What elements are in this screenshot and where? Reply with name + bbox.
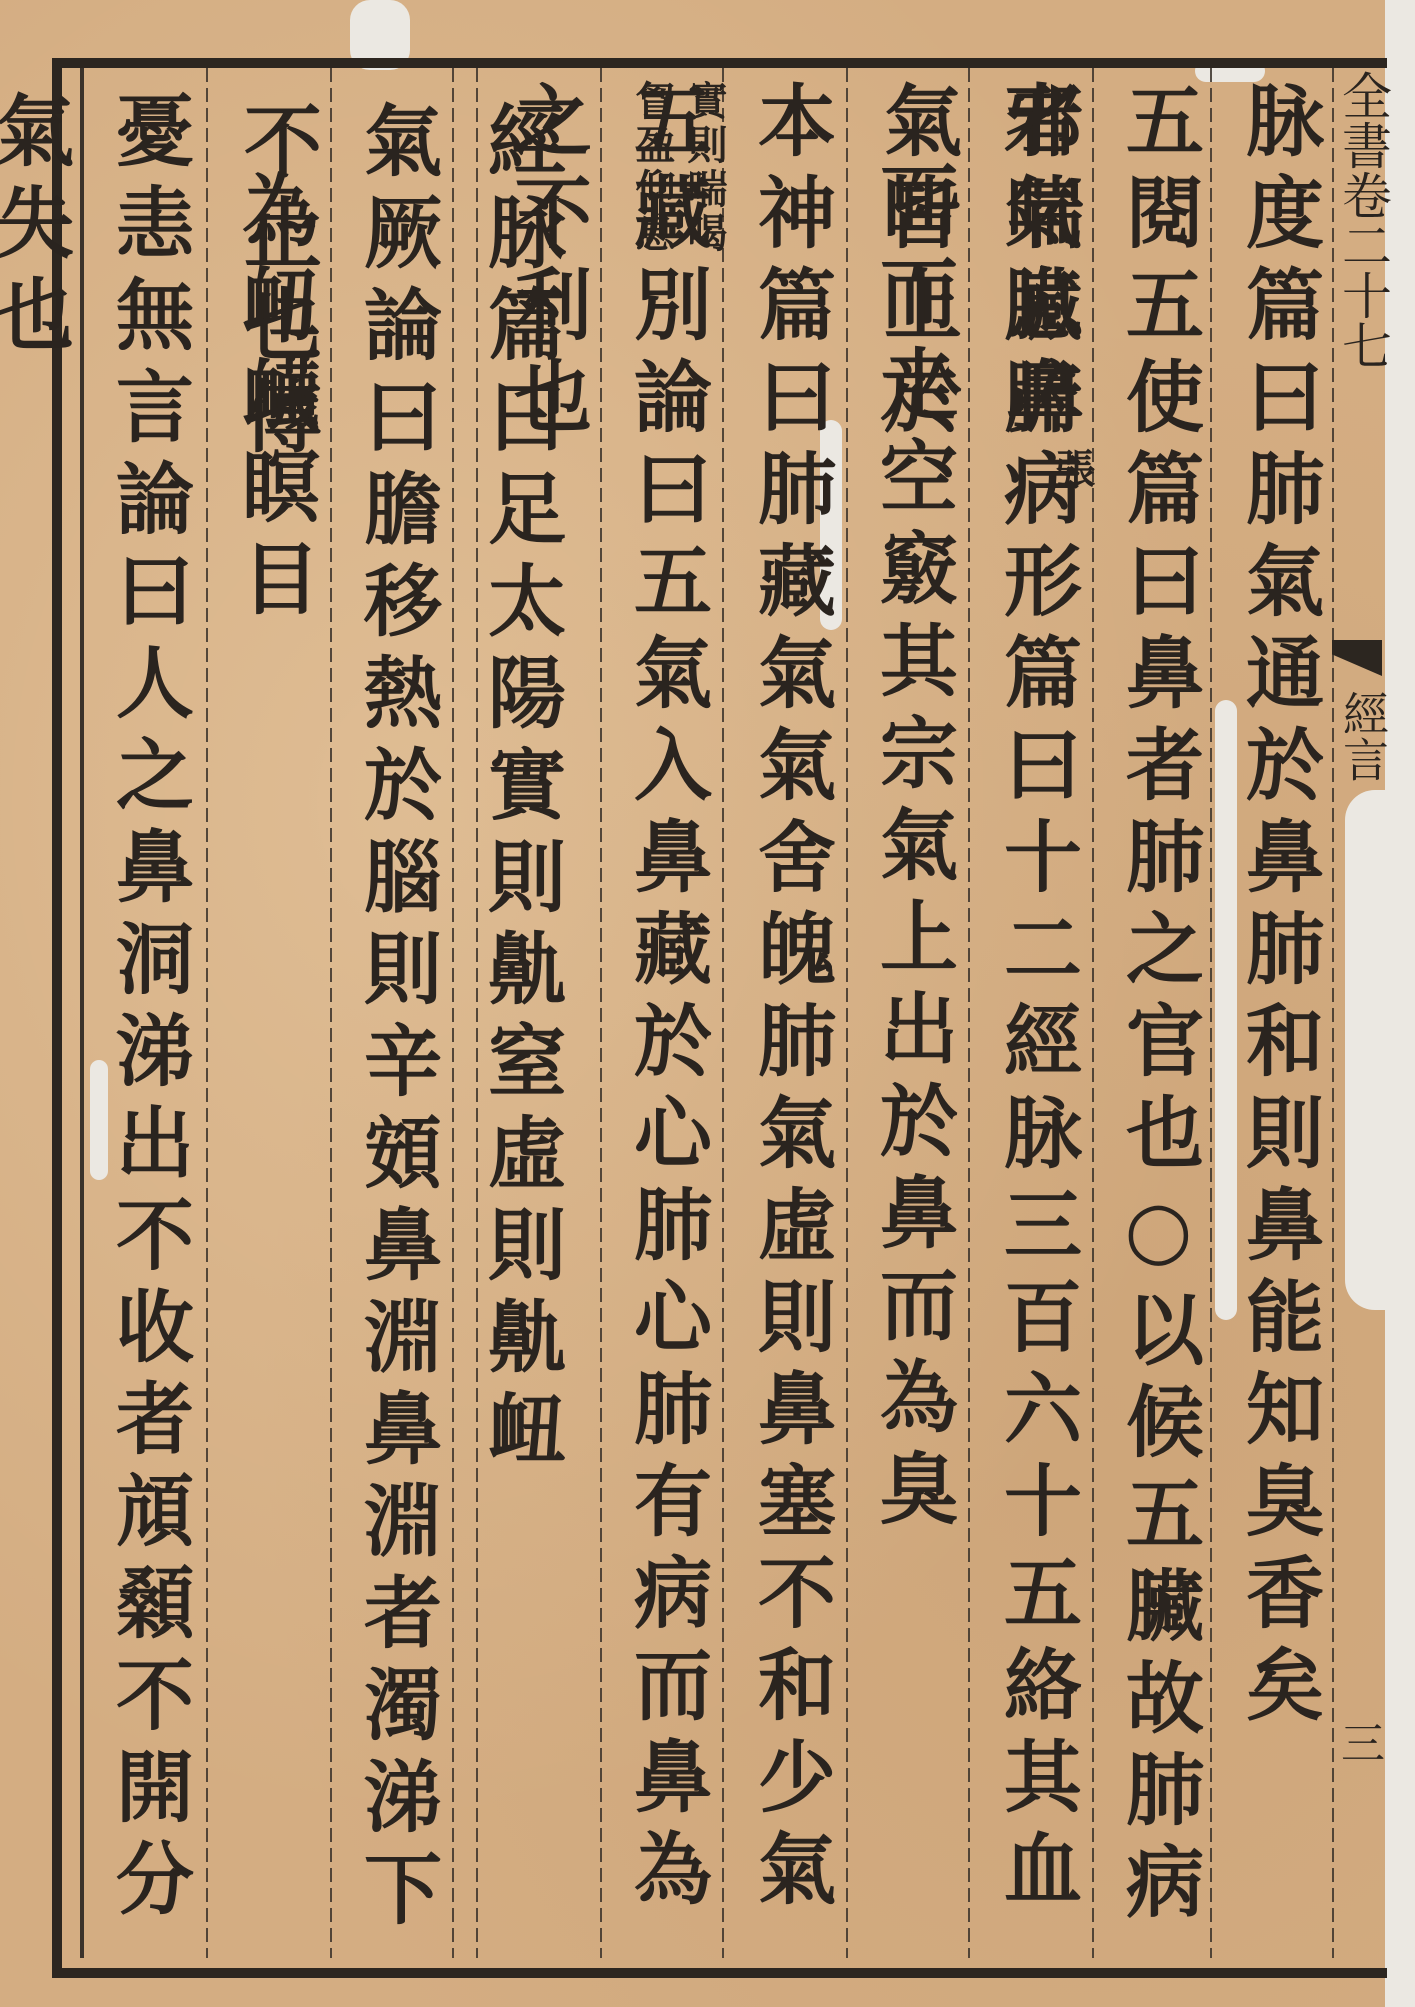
banner-title: 全書卷二十七 — [1335, 70, 1390, 370]
page-number: 三 — [1345, 1720, 1390, 1764]
text-column-1: 脉度篇曰肺氣通於鼻肺和則鼻能知臭香矣 — [1218, 80, 1338, 1736]
text-column-9: 為衄衊瞑目 — [214, 170, 334, 630]
column-text: 面而走空竅其宗氣上出於鼻而為臭 — [867, 160, 958, 1540]
text-column-3: 邪氣臟腑病形篇曰十二經脉三百六十五絡其血氣皆上於 — [976, 80, 1096, 2007]
column-text: 脉度篇曰肺氣通於鼻肺和則鼻能知臭香矣 — [1233, 80, 1324, 1736]
text-column-10: 憂恚無言論曰人之鼻洞涕出不收者頏顙不開分氣失也 — [88, 90, 208, 2007]
text-column-7: 經脉篇曰足太陽實則鼽窒虛則鼽衄 — [460, 100, 580, 1480]
text-column-2: 五閱五使篇曰鼻者肺之官也○以候五臟故肺病者喘息鼻張 — [1098, 80, 1218, 2007]
text-column-8: 氣厥論曰膽移熱於腦則辛頞鼻淵鼻淵者濁涕下不止也傳 — [336, 100, 456, 2007]
text-column-6: 五藏別論曰五氣入鼻藏於心肺心肺有病而鼻為之不利也 — [606, 80, 726, 2007]
column-text: 經脉篇曰足太陽實則鼽窒虛則鼽衄 — [475, 100, 566, 1480]
column-text: 為衄衊瞑目 — [229, 170, 320, 630]
banner-section: 經言 — [1335, 690, 1390, 782]
column-text: 本神篇曰肺藏氣氣舍魄肺氣虛則鼻塞不和少氣 — [745, 80, 836, 1920]
text-column-4: 面而走空竅其宗氣上出於鼻而為臭 — [852, 160, 972, 1540]
text-column-5: 本神篇曰肺藏氣氣舍魄肺氣虛則鼻塞不和少氣實則喘喝胷盈仰息 — [730, 80, 850, 1964]
